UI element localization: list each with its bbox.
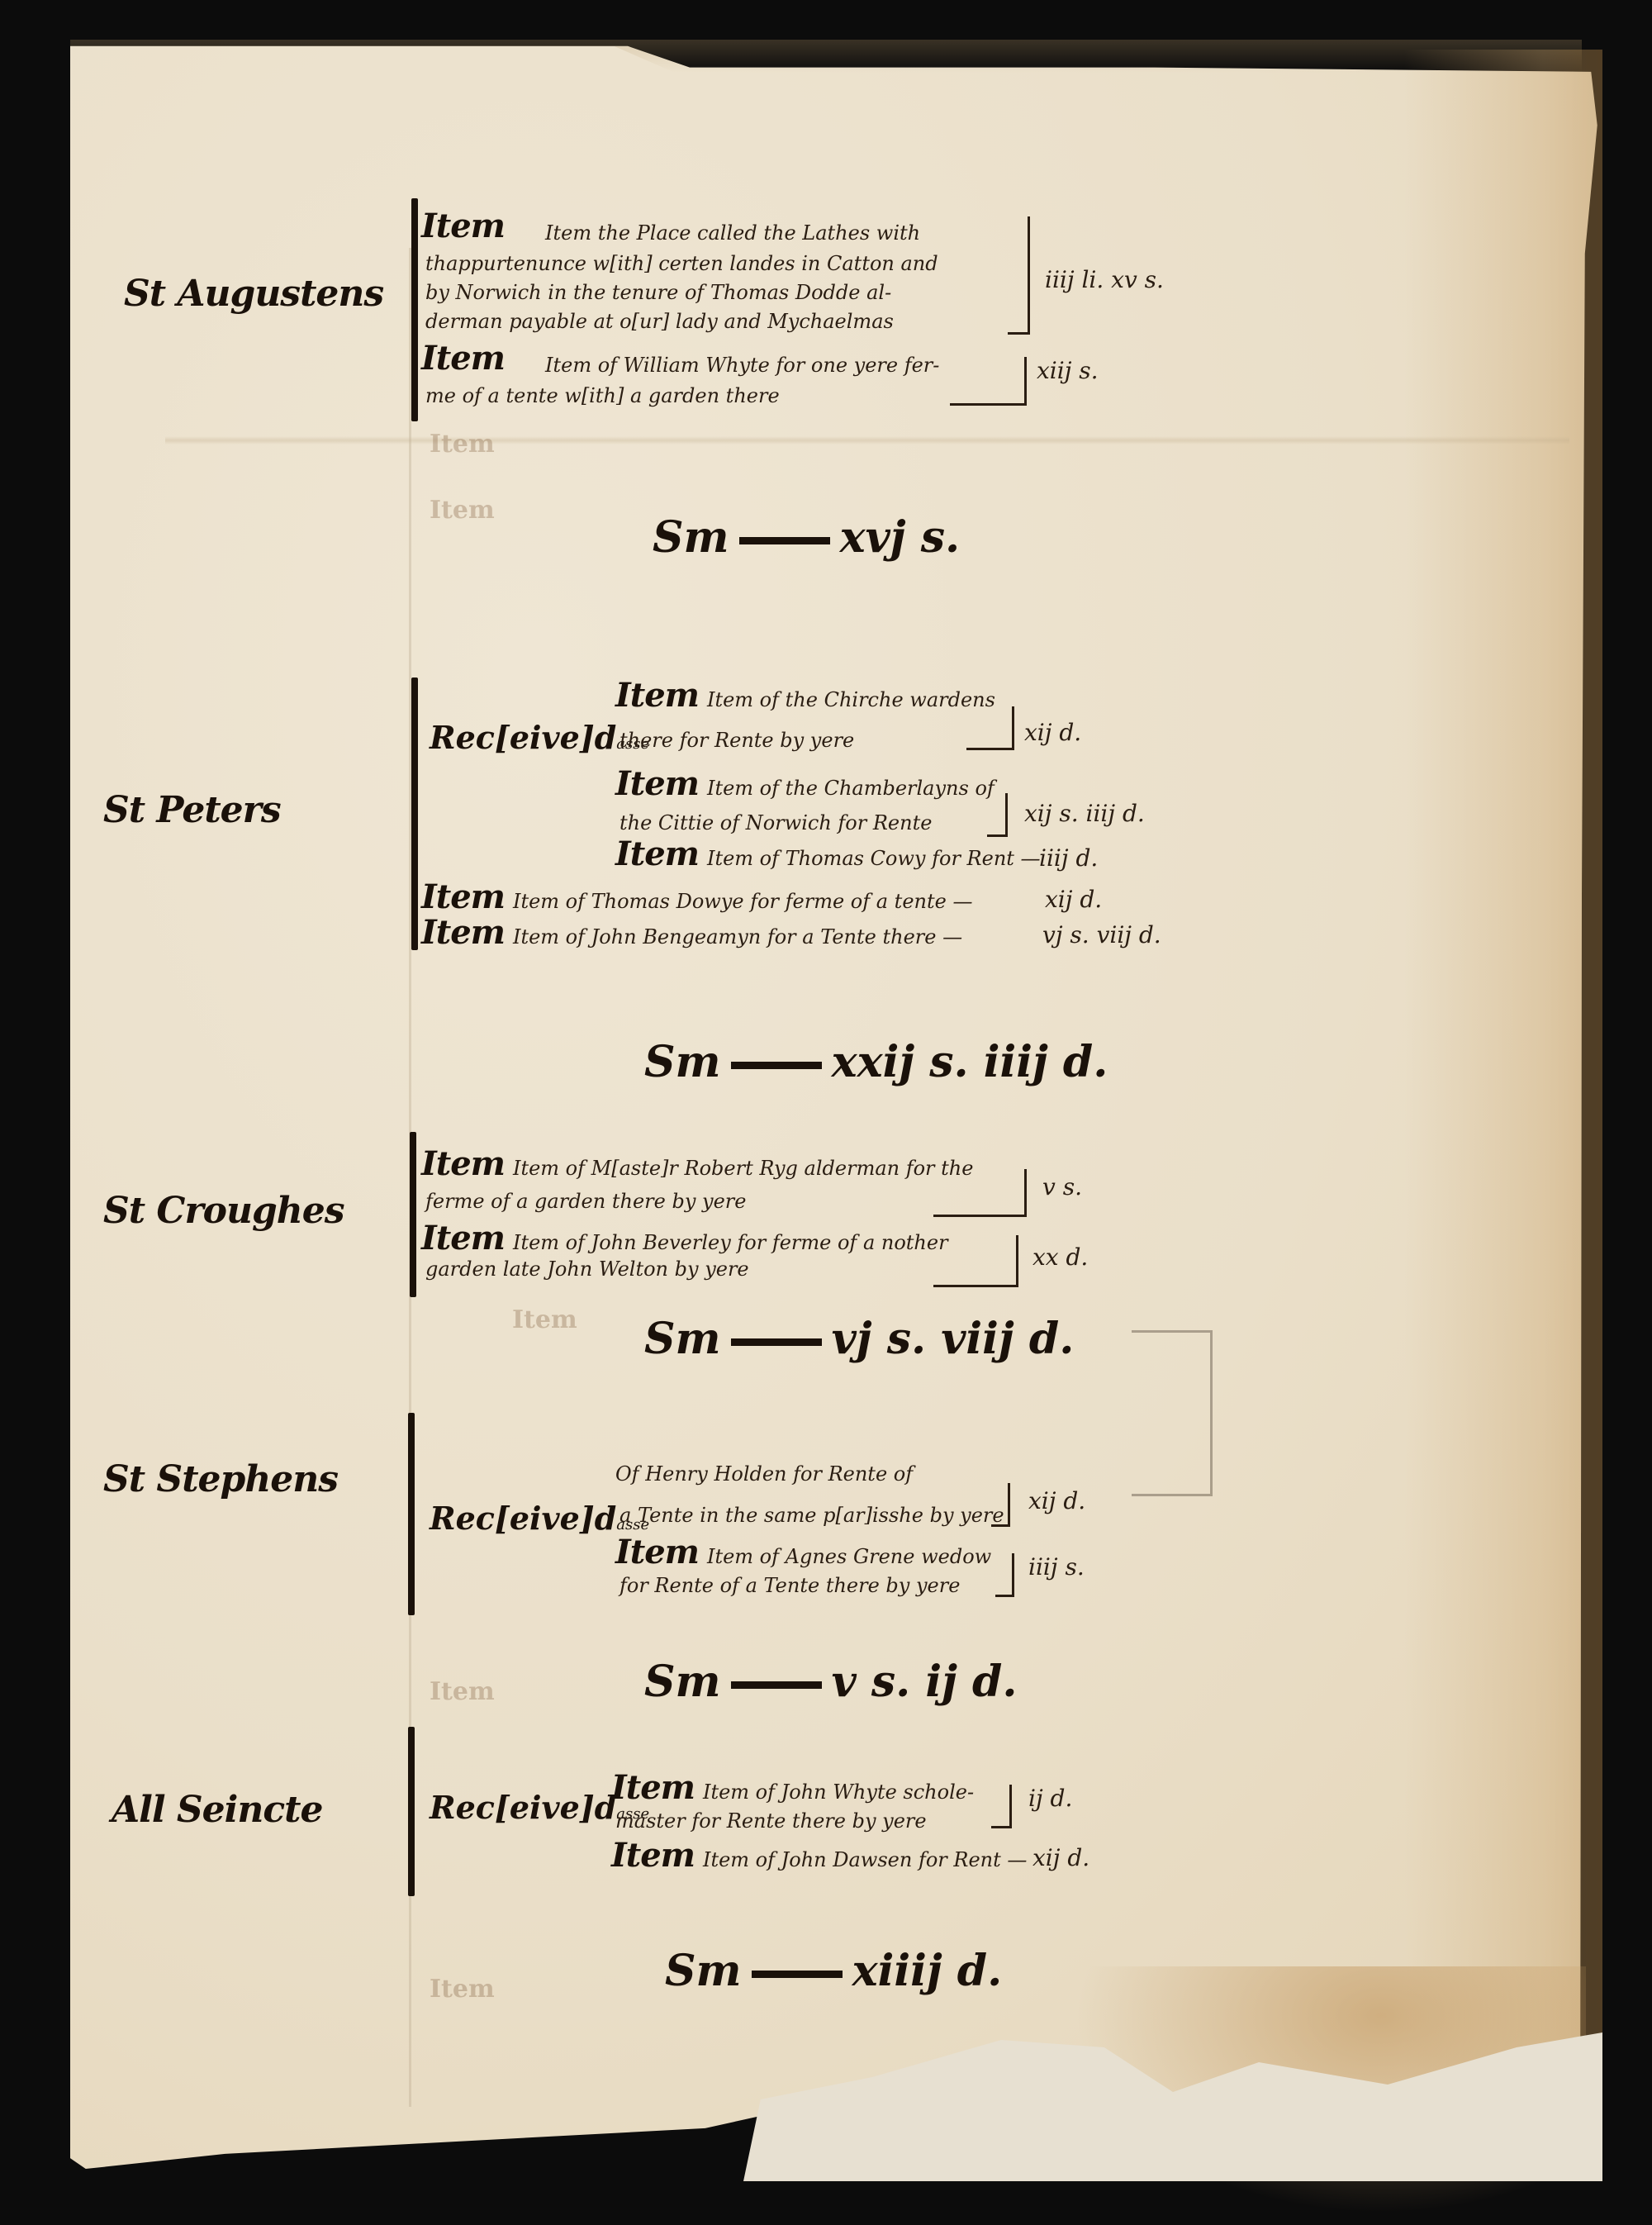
entry-line: there for Rente by yere	[619, 729, 854, 752]
entry-line: ItemItem of Thomas Dowye for ferme of a …	[421, 877, 972, 916]
item-word: Item	[421, 207, 505, 245]
sum-dash	[739, 537, 830, 544]
parish-heading: All Seincte	[112, 1789, 322, 1831]
section-brace	[411, 677, 418, 950]
entry-amount: xx d.	[1032, 1243, 1088, 1271]
entry-amount: iiij li. xv s.	[1045, 266, 1164, 293]
amount-bracket	[1008, 216, 1030, 335]
section-sum: Smvj s. viij d.	[644, 1314, 1074, 1364]
entry-amount: xij d.	[1032, 1844, 1089, 1871]
show-through-text: Item	[430, 430, 495, 459]
section-brace	[411, 198, 418, 421]
right-edge-stain	[1404, 50, 1602, 2115]
entry-line: for Rente of a Tente there by yere	[619, 1574, 960, 1597]
show-through-text: Item	[512, 1305, 577, 1334]
amount-bracket	[995, 1553, 1014, 1597]
sum-dash	[731, 1338, 822, 1346]
fold-crease	[165, 436, 1569, 445]
entry-line: ItemItem of John Beverley for ferme of a…	[421, 1219, 948, 1258]
show-through-text: Item	[430, 496, 495, 525]
section-sum: Smxiiij d.	[665, 1946, 1002, 1996]
entry-amount: xij s. iiij d.	[1024, 800, 1145, 827]
entry-line: a Tente in the same p[ar]isshe by yere	[619, 1504, 1004, 1527]
entry-line: Item	[421, 207, 513, 245]
entry-line: ItemItem of M[aste]r Robert Ryg alderman…	[421, 1144, 973, 1183]
entry-line: ItemItem of John Bengeamyn for a Tente t…	[421, 913, 962, 952]
entry-amount: vj s. viij d.	[1042, 921, 1161, 948]
received-mark: Rec[eive]dasse	[430, 1500, 649, 1537]
entry-line: ferme of a garden there by yere	[425, 1190, 746, 1213]
section-sum: Smv s. ij d.	[644, 1657, 1018, 1707]
entry-amount: xij d.	[1045, 886, 1102, 913]
amount-bracket	[933, 1169, 1027, 1217]
entry-amount: ij d.	[1028, 1785, 1072, 1812]
section-sum: Smxxij s. iiij d.	[644, 1037, 1108, 1087]
entry-line: Item of William Whyte for one yere fer-	[545, 354, 939, 377]
entry-line: master for Rente there by yere	[615, 1809, 927, 1833]
entry-amount: xiij s.	[1037, 357, 1099, 384]
entry-amount: iiij d.	[1039, 844, 1098, 872]
parish-heading: St Stephens	[103, 1458, 338, 1500]
entry-line: Item the Place called the Lathes with	[545, 221, 920, 245]
entry-line: ItemItem of Agnes Grene wedow	[615, 1533, 991, 1571]
entry-amount: v s.	[1042, 1173, 1082, 1200]
entry-line: thappurtenunce w[ith] certen landes in C…	[425, 252, 938, 275]
entry-line: garden late John Welton by yere	[425, 1258, 749, 1281]
sum-dash	[752, 1971, 843, 1978]
parish-heading: St Croughes	[103, 1190, 344, 1232]
entry-amount: xij d.	[1024, 719, 1081, 746]
amount-bracket	[950, 357, 1027, 406]
entry-line: ItemItem of John Dawsen for Rent —	[611, 1836, 1027, 1875]
received-mark: Rec[eive]dasse	[430, 719, 649, 756]
entry-amount: xij d.	[1028, 1487, 1085, 1514]
entry-line: the Cittie of Norwich for Rente	[619, 811, 932, 834]
sum-dash	[731, 1681, 822, 1689]
item-word: Item	[421, 339, 505, 378]
entry-line: Item	[421, 339, 513, 378]
section-brace	[408, 1727, 415, 1896]
entry-line: ItemItem of the Chamberlayns of	[615, 764, 995, 803]
parish-heading: St Augustens	[124, 273, 383, 315]
entry-line: Of Henry Holden for Rente of	[615, 1462, 913, 1486]
entry-line: ItemItem of John Whyte schole-	[611, 1768, 974, 1807]
entry-line: ItemItem of the Chirche wardens	[615, 676, 995, 715]
section-sum: Smxvj s.	[653, 512, 960, 563]
amount-bracket	[987, 793, 1008, 837]
entry-line: ItemItem of Thomas Cowy for Rent —	[615, 834, 1041, 873]
marginal-bracket	[1132, 1330, 1213, 1496]
entry-line: me of a tente w[ith] a garden there	[425, 384, 780, 407]
show-through-text: Item	[430, 1975, 495, 2004]
amount-bracket	[991, 1785, 1012, 1828]
amount-bracket	[933, 1235, 1018, 1287]
section-brace	[408, 1413, 415, 1615]
sum-dash	[731, 1062, 822, 1069]
parish-heading: St Peters	[103, 789, 281, 831]
amount-bracket	[966, 706, 1014, 750]
entry-amount: iiij s.	[1028, 1553, 1085, 1581]
section-brace	[410, 1132, 416, 1297]
entry-line: derman payable at o[ur] lady and Mychael…	[425, 310, 894, 333]
amount-bracket	[991, 1483, 1010, 1527]
entry-line: by Norwich in the tenure of Thomas Dodde…	[425, 281, 891, 304]
show-through-text: Item	[430, 1677, 495, 1706]
